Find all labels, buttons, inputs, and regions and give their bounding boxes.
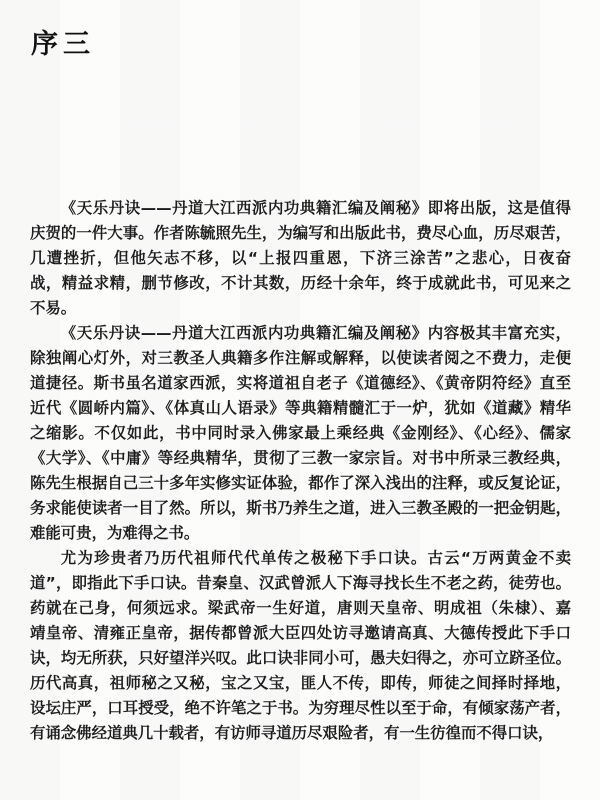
text-line: 《天乐丹诀——丹道大江西派内功典籍汇编及阐秘》内容极其丰富充实， — [30, 321, 571, 346]
text-line: 之缩影。不仅如此，书中同时录入佛家最上乘经典《金刚经》、《心经》、儒家 — [30, 421, 571, 446]
text-line: 《天乐丹诀——丹道大江西派内功典籍汇编及阐秘》即将出版，这是值得 — [30, 196, 571, 221]
text-line: 靖皇帝、清雍正皇帝，据传都曾派大臣四处访寻邀请高真、大德传授此下手口 — [30, 621, 571, 646]
paragraph: 《天乐丹诀——丹道大江西派内功典籍汇编及阐秘》内容极其丰富充实，除独阐心灯外，对… — [30, 321, 571, 546]
text-line: 战，精益求精，删节修改，不计其数，历经十余年，终于成就此书，可见来之 — [30, 271, 571, 296]
page-body: 《天乐丹诀——丹道大江西派内功典籍汇编及阐秘》即将出版，这是值得庆贺的一件大事。… — [30, 196, 571, 746]
text-line: 道捷径。斯书虽名道家西派，实将道祖自老子《道德经》、《黄帝阴符经》直至 — [30, 371, 571, 396]
text-line: 务求能使读者一目了然。所以，斯书乃养生之道，进入三教圣殿的一把金钥匙， — [30, 496, 571, 521]
text-line: 几遭挫折，但他矢志不移，以“上报四重恩，下济三涂苦”之悲心，日夜奋 — [30, 246, 571, 271]
paragraph: 尤为珍贵者乃历代祖师代代单传之极秘下手口诀。古云“万两黄金不卖道”，即指此下手口… — [30, 546, 571, 746]
page-title: 序三 — [31, 22, 95, 61]
text-line: 设坛庄严，口耳授受，绝不许笔之于书。为穷理尽性以至于命，有倾家荡产者， — [30, 696, 571, 721]
text-line: 《大学》、《中庸》等经典精华，贯彻了三教一家宗旨。对书中所录三教经典， — [30, 446, 571, 471]
text-line: 道”，即指此下手口诀。昔秦皇、汉武曾派人下海寻找长生不老之药，徒劳也。 — [30, 571, 571, 596]
text-line: 诀，均无所获，只好望洋兴叹。此口诀非同小可，愚夫妇得之，亦可立跻圣位。 — [30, 646, 571, 671]
text-line: 庆贺的一件大事。作者陈毓照先生，为编写和出版此书，费尽心血，历尽艰苦， — [30, 221, 571, 246]
text-line: 陈先生根据自己三十多年实修实证体验，都作了深入浅出的注释，或反复论证， — [30, 471, 571, 496]
text-line: 近代《圆峤内篇》、《体真山人语录》等典籍精髓汇于一炉，犹如《道藏》精华 — [30, 396, 571, 421]
text-line: 药就在己身，何须远求。梁武帝一生好道，唐则天皇帝、明成祖（朱棣）、嘉 — [30, 596, 571, 621]
text-line: 不易。 — [30, 296, 571, 321]
document-page: 序三 《天乐丹诀——丹道大江西派内功典籍汇编及阐秘》即将出版，这是值得庆贺的一件… — [0, 0, 600, 800]
text-line: 尤为珍贵者乃历代祖师代代单传之极秘下手口诀。古云“万两黄金不卖 — [30, 546, 571, 571]
paragraph: 《天乐丹诀——丹道大江西派内功典籍汇编及阐秘》即将出版，这是值得庆贺的一件大事。… — [30, 196, 571, 321]
text-line: 有诵念佛经道典几十载者，有访师寻道历尽艰险者，有一生彷徨而不得口诀， — [30, 721, 571, 746]
text-line: 历代高真，祖师秘之又秘，宝之又宝，匪人不传，即传，师徒之间择时择地， — [30, 671, 571, 696]
text-line: 难能可贵，为难得之书。 — [30, 521, 571, 546]
text-line: 除独阐心灯外，对三教圣人典籍多作注解或解释，以使读者阅之不费力，走便 — [30, 346, 571, 371]
